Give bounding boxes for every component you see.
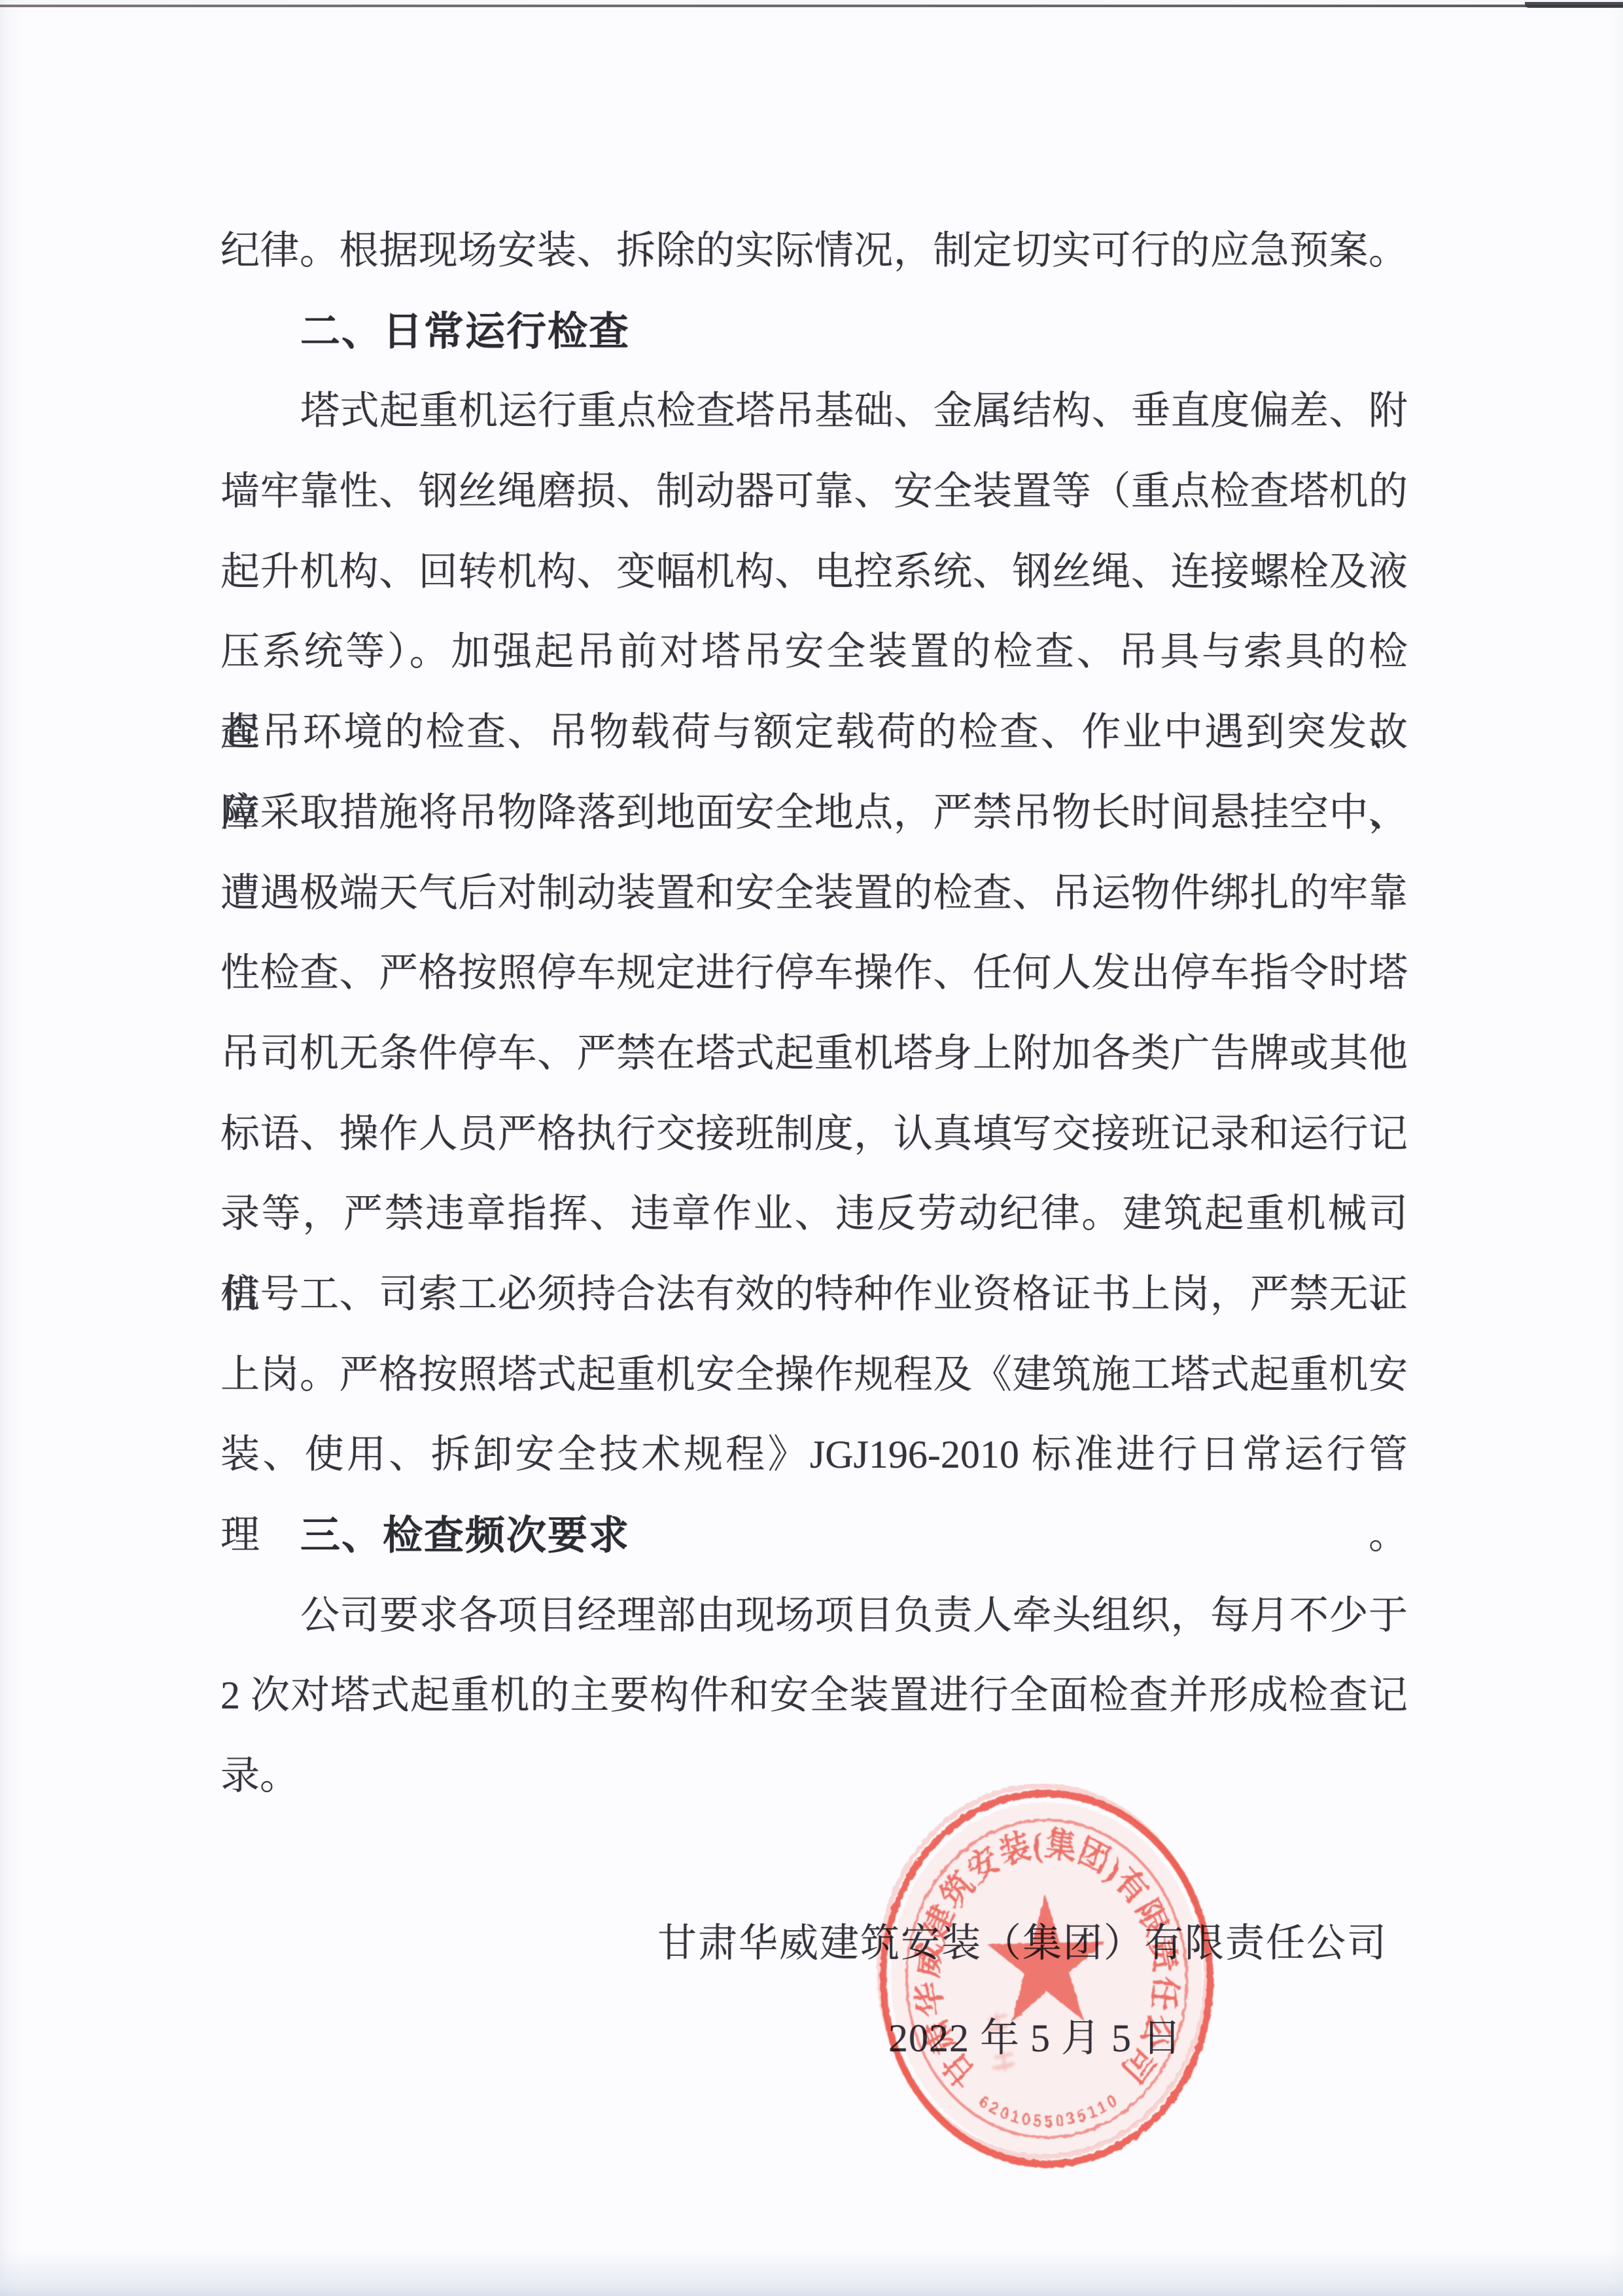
scan-shadow-bottom [0, 2250, 1623, 2296]
body-line: 应采取措施将吊物降落到地面安全地点，严禁吊物长时间悬挂空中、 [220, 773, 1408, 853]
body-line: 录等，严禁违章指挥、违章作业、违反劳动纪律。建筑起重机械司机、 [220, 1174, 1408, 1254]
body-line: 起升机构、回转机构、变幅机构、电控系统、钢丝绳、连接螺栓及液 [220, 532, 1408, 612]
body-line: 压系统等）。加强起吊前对塔吊安全装置的检查、吊具与索具的检查、 [220, 612, 1408, 692]
body-line: 上岗。严格按照塔式起重机安全操作规程及《建筑施工塔式起重机安 [220, 1335, 1408, 1415]
body-line: 信号工、司索工必须持合法有效的特种作业资格证书上岗，严禁无证 [220, 1254, 1408, 1335]
body-line: 装、使用、拆卸安全技术规程》JGJ196-2010 标准进行日常运行管理。 [220, 1415, 1408, 1495]
body-line: 遭遇极端天气后对制动装置和安全装置的检查、吊运物件绑扎的牢靠 [220, 853, 1408, 934]
body-line: 标语、操作人员严格执行交接班制度，认真填写交接班记录和运行记 [220, 1094, 1408, 1174]
seal-graphic: 甘肃华威建筑安装(集团)有限责任公司 6201055035110 [871, 1780, 1222, 2176]
scan-edge-line [0, 5, 1623, 7]
body-line: 吊司机无条件停车、严禁在塔式起重机塔身上附加各类广告牌或其他 [220, 1014, 1408, 1094]
body-line: 2 次对塔式起重机的主要构件和安全装置进行全面检查并形成检查记 [220, 1655, 1408, 1736]
body-line: 墙牢靠性、钢丝绳磨损、制动器可靠、安全装置等（重点检查塔机的 [220, 451, 1408, 532]
company-seal: 甘肃华威建筑安装(集团)有限责任公司 6201055035110 [871, 1780, 1222, 2176]
section-heading: 二、日常运行检查 [220, 291, 1408, 372]
body-line: 录。 [220, 1736, 1408, 1816]
body-line: 塔式起重机运行重点检查塔吊基础、金属结构、垂直度偏差、附 [220, 371, 1408, 451]
scanned-document-page: 纪律。根据现场安装、拆除的实际情况，制定切实可行的应急预案。 二、日常运行检查 … [0, 0, 1623, 2296]
body-line: 公司要求各项目经理部由现场项目负责人牵头组织，每月不少于 [220, 1576, 1408, 1656]
body-line: 性检查、严格按照停车规定进行停车操作、任何人发出停车指令时塔 [220, 933, 1408, 1014]
body-line: 纪律。根据现场安装、拆除的实际情况，制定切实可行的应急预案。 [220, 211, 1408, 291]
document-body: 纪律。根据现场安装、拆除的实际情况，制定切实可行的应急预案。 二、日常运行检查 … [220, 211, 1408, 1816]
scan-edge-corner [1525, 2, 1623, 8]
body-line: 起吊环境的检查、吊物载荷与额定载荷的检查、作业中遇到突发故障， [220, 692, 1408, 773]
